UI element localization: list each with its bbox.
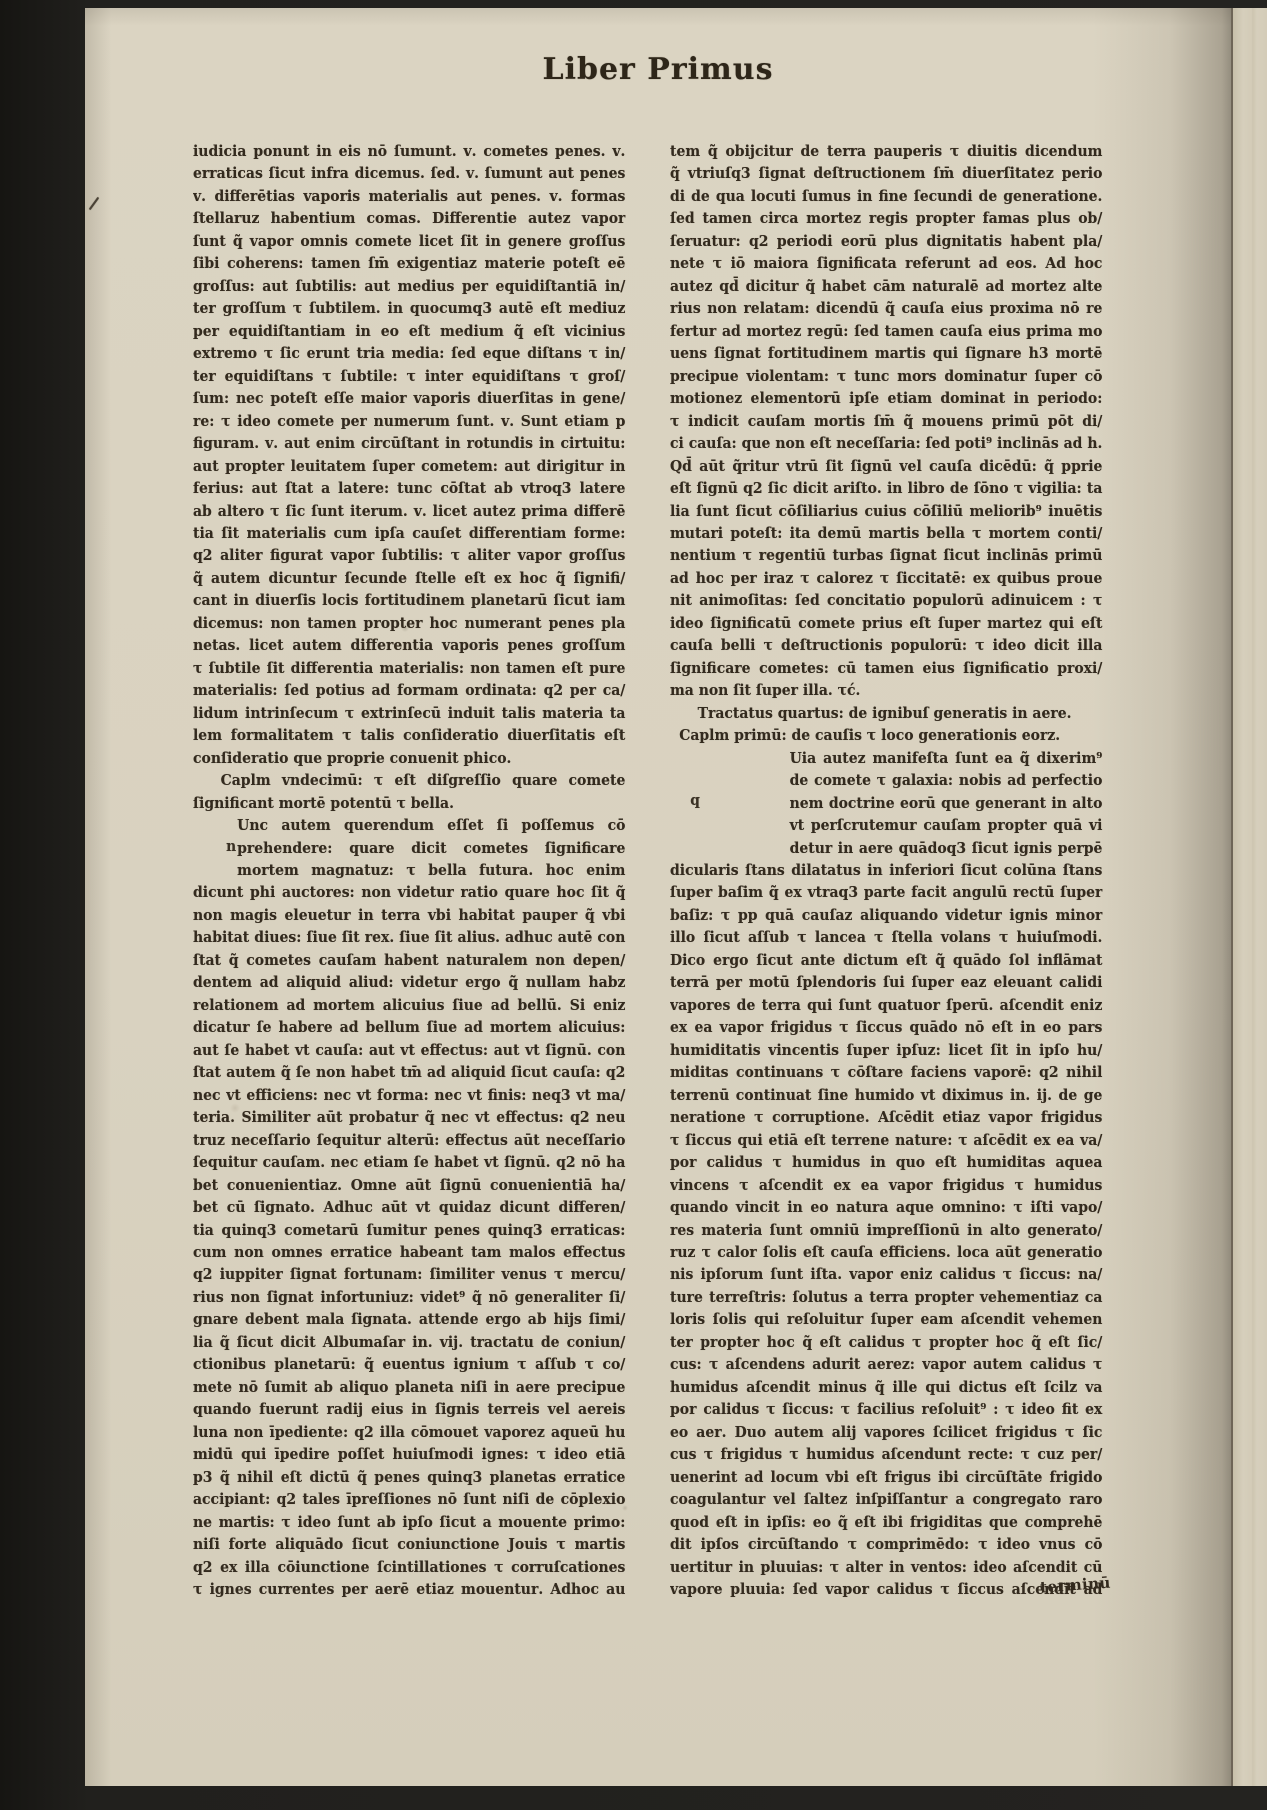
text-line: ſtat autem q̃ ſe non habet tm̄ ad aliqui… — [193, 1061, 625, 1083]
text-line: nem doctrine eorū que generant in alto — [670, 792, 1102, 814]
text-line: extremo τ ſic erunt tria media: ſed eque… — [193, 342, 625, 364]
text-line: detur in aere quādoq3 ſicut ignis perpē — [670, 837, 1102, 859]
text-line: dicularis ſtans dilatatus in inferiori ſ… — [670, 859, 1102, 881]
text-line: quando vincit in eo natura aque omnino: … — [670, 1196, 1102, 1218]
text-line: q̃ autem dicuntur ſecunde ſtelle eſt ex … — [193, 567, 625, 589]
text-line: q2 ex illa cōiunctione ſcintillationes τ… — [193, 1556, 625, 1578]
text-line: ſequitur cauſam. nec etiam ſe habet vt ſ… — [193, 1151, 625, 1173]
text-line: precipue violentam: τ tunc mors dominatu… — [670, 365, 1102, 387]
text-line: humiditatis vincentis ſuper ipſuz: licet… — [670, 1039, 1102, 1061]
margin-pen-mark — [89, 197, 99, 210]
text-line: aut propter leuitatem ſuper cometem: aut… — [193, 455, 625, 477]
text-line: materialis: ſed potius ad formam ordinat… — [193, 679, 625, 701]
text-line: dentem ad aliquid aliud: videtur ergo q̃… — [193, 971, 625, 993]
text-line: mutari poteſt: ita demū martis bella τ m… — [670, 522, 1102, 544]
text-line: Qd̄ aūt q̃ritur vtrū ſit ſignū vel cauſa… — [670, 455, 1102, 477]
text-line: mortem magnatuz: τ bella futura. hoc eni… — [193, 859, 625, 881]
text-line: quando fuerunt radij eius in ſignis terr… — [193, 1398, 625, 1420]
text-line: cus τ frigidus τ humidus aſcendunt recte… — [670, 1443, 1102, 1465]
text-line: re: τ ideo comete per numerum ſunt. v. S… — [193, 410, 625, 432]
text-line: ſtellaruz habentium comas. Differentie a… — [193, 207, 625, 229]
text-line: iudicia ponunt in eis nō ſumunt. v. come… — [193, 140, 625, 162]
text-line: per equidiſtantiam in eo eſt medium q̃ e… — [193, 320, 625, 342]
text-line: eo aer. Duo autem alij vapores ſcilicet … — [670, 1421, 1102, 1443]
text-line: ſum: nec poteſt eſſe maior vaporis diuer… — [193, 387, 625, 409]
text-line: baſiz: τ pp quā cauſaz aliquando videtur… — [670, 904, 1102, 926]
text-line: autez qd̄ dicitur q̃ habet cām naturalē … — [670, 275, 1102, 297]
text-line: q2 iuppiter ſignat fortunam: ſimiliter v… — [193, 1263, 625, 1285]
text-line: ſuper baſim q̃ ex vtraq3 parte facit ang… — [670, 881, 1102, 903]
text-line: ci cauſa: que non eſt neceſſaria: ſed po… — [670, 432, 1102, 454]
text-line: conſideratio que proprie conuenit phico. — [193, 747, 625, 769]
text-line: habitat diues: ſiue ſit rex. ſiue ſit al… — [193, 926, 625, 948]
text-line: ſtat q̃ cometes cauſam habent naturalem … — [193, 949, 625, 971]
text-line: tem q̃ obijcitur de terra pauperis τ diu… — [670, 140, 1102, 162]
text-line: vapore pluuia: ſed vapor calidus τ ſiccu… — [670, 1578, 1102, 1600]
text-line: di de qua locuti ſumus in fine ſecundi d… — [670, 185, 1102, 207]
text-line: ne martis: τ ideo ſunt ab ipſo ſicut a m… — [193, 1511, 625, 1533]
text-line: coagulantur vel ſaltez inſpiſſantur a co… — [670, 1488, 1102, 1510]
text-line: vincens τ aſcendit ex ea vapor frigidus … — [670, 1174, 1102, 1196]
text-line: vapores de terra qui ſunt quatuor ſperū.… — [670, 994, 1102, 1016]
text-line: nec vt efficiens: nec vt forma: nec vt f… — [193, 1084, 625, 1106]
text-line: τ ſiccus qui etiā eſt terrene nature: τ … — [670, 1129, 1102, 1151]
text-line: lem formalitatem τ talis conſideratio di… — [193, 724, 625, 746]
text-line: uertitur in pluuias: τ alter in ventos: … — [670, 1556, 1102, 1578]
text-line: τ ſubtile ſit differentia materialis: no… — [193, 657, 625, 679]
text-line: ab altero τ ſic ſunt iterum. v. licet au… — [193, 500, 625, 522]
text-line: lidum intrinſecum τ extrinſecū induit ta… — [193, 702, 625, 724]
text-line: tia ſit materialis cum ipſa cauſet diffe… — [193, 522, 625, 544]
text-line: uens ſignat fortitudinem martis qui ſign… — [670, 342, 1102, 364]
text-line: terrenū continuat ſine humido vt diximus… — [670, 1084, 1102, 1106]
text-line: q̃ vtriuſq3 ſignat deſtructionem ſm̄ diu… — [670, 162, 1102, 184]
text-line: Caplm vndecimū: τ eſt diſgreſſio quare c… — [193, 769, 625, 791]
text-line: ad hoc per iraz τ calorez τ ſiccitatē: e… — [670, 567, 1102, 589]
gutter-shadow — [1093, 8, 1233, 1786]
text-line: illo ſicut aſſub τ lancea τ ſtella volan… — [670, 926, 1102, 948]
book-page: Liber Primus n iudicia ponunt in eis nō … — [85, 8, 1267, 1786]
text-line: por calidus τ ſiccus: τ facilius reſolui… — [670, 1398, 1102, 1420]
text-line: ſignificant mortē potentū τ bella. — [193, 792, 625, 814]
text-line: nentium τ regentiū turbas ſignat ſicut i… — [670, 544, 1102, 566]
text-line: humidus aſcendit minus q̃ ille qui dictu… — [670, 1376, 1102, 1398]
text-line: ex ea vapor frigidus τ ſiccus quādo nō e… — [670, 1016, 1102, 1038]
text-line: figuram. v. aut enim circūſtant in rotun… — [193, 432, 625, 454]
text-line: eſt ſignū q2 ſic dicit ariſto. in libro … — [670, 477, 1102, 499]
text-line: ter groſſum τ ſubtilem. in quocumq3 autē… — [193, 297, 625, 319]
text-line: ter equidiſtans τ ſubtile: τ inter equid… — [193, 365, 625, 387]
text-column-right: q tem q̃ obijcitur de terra pauperis τ d… — [670, 140, 1102, 1600]
text-line: bet cū ſignato. Adhuc aūt vt quidaz dicu… — [193, 1196, 625, 1218]
text-line: tia quinq3 cometarū ſumitur penes quinq3… — [193, 1219, 625, 1241]
next-page-edge — [1231, 8, 1267, 1786]
text-line: ture terreſtris: ſolutus a terra propter… — [670, 1286, 1102, 1308]
text-line: gnare debent mala ſignata. attende ergo … — [193, 1308, 625, 1330]
text-line: relationem ad mortem alicuius ſiue ad be… — [193, 994, 625, 1016]
text-line: por calidus τ humidus in quo eſt humidit… — [670, 1151, 1102, 1173]
running-title: Liber Primus — [498, 52, 818, 87]
text-line: lia ſunt ſicut cōſiliarius cuius cōſiliū… — [670, 500, 1102, 522]
text-line: groſſus: aut ſubtilis: aut medius per eq… — [193, 275, 625, 297]
text-line: de comete τ galaxia: nobis ad perfectio — [670, 769, 1102, 791]
text-line: dicatur ſe habere ad bellum ſiue ad mort… — [193, 1016, 625, 1038]
text-line: dit ipſos circūſtando τ comprimēdo: τ id… — [670, 1533, 1102, 1555]
text-line: loris ſolis qui reſoluitur ſuper eam aſc… — [670, 1308, 1102, 1330]
text-line: motionez elementorū ipſe etiam dominat i… — [670, 387, 1102, 409]
guide-letter-q: q — [690, 791, 700, 809]
text-line: ſignificare cometes: cū tamen eius ſigni… — [670, 657, 1102, 679]
text-line: prehendere: quare dicit cometes ſignific… — [193, 837, 625, 859]
text-line: niſi forte aliquādo ſicut coniunctione J… — [193, 1533, 625, 1555]
text-line: rius non relatam: dicendū q̃ cauſa eius … — [670, 297, 1102, 319]
text-line: bet conuenientiaz. Omne aūt ſignū conuen… — [193, 1174, 625, 1196]
text-column-left: n iudicia ponunt in eis nō ſumunt. v. co… — [193, 140, 625, 1600]
scan-background: { "header": { "title": "Liber Primus" },… — [0, 0, 1267, 1810]
text-line: vt perſcrutemur cauſam propter quā vi — [670, 814, 1102, 836]
text-line: ma non ſit ſuper illa. τć. — [670, 679, 1102, 701]
text-line: dicemus: non tamen propter hoc numerant … — [193, 612, 625, 634]
text-line: nete τ iō maiora ſignificata referunt ad… — [670, 252, 1102, 274]
text-line: ſeruatur: q2 periodi eorū plus dignitati… — [670, 230, 1102, 252]
text-line: netas. licet autem differentia vaporis p… — [193, 634, 625, 656]
text-line: τ indicit cauſam mortis ſm̄ q̃ mouens pr… — [670, 410, 1102, 432]
text-line: fertur ad mortez regū: ſed tamen cauſa e… — [670, 320, 1102, 342]
text-line: cauſa belli τ deſtructionis populorū: τ … — [670, 634, 1102, 656]
text-line: Uia autez manifeſta ſunt ea q̃ dixerim⁹ — [670, 747, 1102, 769]
text-line: midū qui īpedire poſſet huiuſmodi ignes:… — [193, 1443, 625, 1465]
text-line: ſibi coherens: tamen ſm̄ exigentiaz mate… — [193, 252, 625, 274]
text-line: ferius: aut ſtat a latere: tunc cōſtat a… — [193, 477, 625, 499]
text-line: ſed tamen circa mortez regis propter fam… — [670, 207, 1102, 229]
text-line: neratione τ corruptione. Aſcēdit etiaz v… — [670, 1106, 1102, 1128]
text-line: aut ſe habet vt cauſa: aut vt effectus: … — [193, 1039, 625, 1061]
text-line: Caplm primū: de cauſis τ loco generation… — [670, 724, 1102, 746]
text-line: ruz τ calor ſolis eſt cauſa efficiens. l… — [670, 1241, 1102, 1263]
text-line: dicunt phi auctores: non videtur ratio q… — [193, 881, 625, 903]
text-line: luna non īpediente: q2 illa cōmouet vapo… — [193, 1421, 625, 1443]
text-line: erraticas ſicut infra dicemus. ſed. v. ſ… — [193, 162, 625, 184]
text-line: nit animoſitas: ſed concitatio populorū … — [670, 589, 1102, 611]
text-line: ideo ſignificatū comete prius eſt ſuper … — [670, 612, 1102, 634]
text-line: rius non ſignat infortuniuz: videt⁹ q̃ n… — [193, 1286, 625, 1308]
text-line: nis ipſorum ſunt iſta. vapor eniz calidu… — [670, 1263, 1102, 1285]
text-line: mete nō ſumit ab aliquo planeta niſi in … — [193, 1376, 625, 1398]
text-line: ctionibus planetarū: q̃ euentus ignium τ… — [193, 1353, 625, 1375]
text-line: teria. Similiter aūt probatur q̃ nec vt … — [193, 1106, 625, 1128]
text-line: res materia ſunt omniū impreſſionū in al… — [670, 1219, 1102, 1241]
text-line: Dico ergo ſicut ante dictum eſt q̃ quādo… — [670, 949, 1102, 971]
text-line: ſunt q̃ vapor omnis comete licet ſit in … — [193, 230, 625, 252]
text-line: Unc autem querendum eſſet ſi poſſemus cō — [193, 814, 625, 836]
text-line: accipiant: q2 tales īpreſſiones nō ſunt … — [193, 1488, 625, 1510]
text-line: uenerint ad locum vbi eſt frigus ibi cir… — [670, 1466, 1102, 1488]
text-line: p3 q̃ nihil eſt dictū q̃ penes quinq3 pl… — [193, 1466, 625, 1488]
text-line: truz neceſſario ſequitur alterū: effectu… — [193, 1129, 625, 1151]
text-line: non magis eleuetur in terra vbi habitat … — [193, 904, 625, 926]
text-line: v. differētias vaporis materialis aut pe… — [193, 185, 625, 207]
text-line: cus: τ aſcendens adurit aerez: vapor aut… — [670, 1353, 1102, 1375]
text-line: Tractatus quartus: de ignibuſ generatis … — [670, 702, 1102, 724]
text-line: lia q̃ ſicut dicit Albumaſar in. vij. tr… — [193, 1331, 625, 1353]
text-line: q2 aliter figurat vapor ſubtilis: τ alit… — [193, 544, 625, 566]
text-line: cum non omnes erratice habeant tam malos… — [193, 1241, 625, 1263]
text-line: terrā per motū ſplendoris ſui ſuper eaz … — [670, 971, 1102, 993]
text-line: cant in diuerſis locis fortitudinem plan… — [193, 589, 625, 611]
text-line: quod eſt in ipſis: eo q̃ eſt ibi frigidi… — [670, 1511, 1102, 1533]
text-line: miditas continuans τ cōſtare faciens vap… — [670, 1061, 1102, 1083]
text-line: τ ignes currentes per aerē etiaz mouentu… — [193, 1578, 625, 1600]
guide-letter-n: n — [226, 837, 236, 855]
text-line: ter propter hoc q̃ eſt calidus τ propter… — [670, 1331, 1102, 1353]
